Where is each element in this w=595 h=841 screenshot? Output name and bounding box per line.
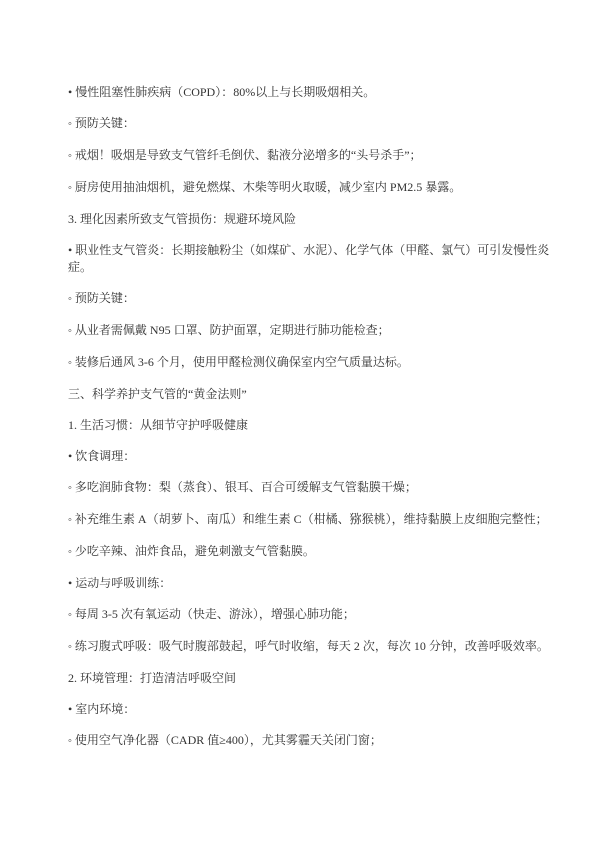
paragraph-text: 室内环境： — [75, 702, 135, 716]
sub-bullet-icon: ◦ — [68, 735, 72, 747]
bullet-icon: • — [68, 449, 72, 463]
list-item: • 慢性阻塞性肺疾病（COPD）：80%以上与长期吸烟相关。 — [68, 84, 559, 101]
section-heading: 三、科学养护支气管的“黄金法则” — [68, 386, 559, 403]
list-item: • 职业性支气管炎：长期接触粉尘（如煤矿、水泥）、化学气体（甲醛、氯气）可引发慢… — [68, 242, 559, 276]
list-item: ◦ 少吃辛辣、油炸食品，避免刺激支气管黏膜。 — [68, 543, 559, 561]
list-item: • 运动与呼吸训练： — [68, 575, 559, 592]
sub-bullet-icon: ◦ — [68, 641, 72, 653]
list-item: ◦ 每周 3-5 次有氧运动（快走、游泳），增强心肺功能； — [68, 606, 559, 624]
paragraph-text: 装修后通风 3-6 个月，使用甲醛检测仪确保室内空气质量达标。 — [75, 355, 409, 369]
sub-bullet-icon: ◦ — [68, 293, 72, 305]
list-item: ◦ 练习腹式呼吸：吸气时腹部鼓起，呼气时收缩，每天 2 次，每次 10 分钟，改… — [68, 638, 559, 656]
bullet-icon: • — [68, 702, 72, 716]
bullet-icon: • — [68, 243, 72, 257]
sub-bullet-icon: ◦ — [68, 150, 72, 162]
list-item: ◦ 多吃润肺食物：梨（蒸食）、银耳、百合可缓解支气管黏膜干燥； — [68, 479, 559, 497]
number-label: 3. — [68, 212, 77, 226]
list-item: • 室内环境： — [68, 701, 559, 718]
paragraph-text: 预防关键： — [75, 291, 135, 305]
list-item: ◦ 预防关键： — [68, 290, 559, 308]
list-item: ◦ 使用空气净化器（CADR 值≥400），尤其雾霾天关闭门窗； — [68, 732, 559, 750]
paragraph-text: 少吃辛辣、油炸食品，避免刺激支气管黏膜。 — [75, 544, 315, 558]
sub-bullet-icon: ◦ — [68, 609, 72, 621]
paragraph-text: 饮食调理： — [75, 449, 135, 463]
sub-bullet-icon: ◦ — [68, 325, 72, 337]
paragraph-text: 慢性阻塞性肺疾病（COPD）：80%以上与长期吸烟相关。 — [75, 85, 375, 99]
bullet-icon: • — [68, 85, 72, 99]
sub-bullet-icon: ◦ — [68, 118, 72, 130]
number-label: 1. — [68, 418, 77, 432]
paragraph-text: 戒烟！吸烟是导致支气管纤毛倒伏、黏液分泌增多的“头号杀手”； — [75, 148, 422, 162]
sub-bullet-icon: ◦ — [68, 514, 72, 526]
paragraph-text: 从业者需佩戴 N95 口罩、防护面罩，定期进行肺功能检查； — [75, 323, 390, 337]
sub-bullet-icon: ◦ — [68, 482, 72, 494]
paragraph-text: 生活习惯：从细节守护呼吸健康 — [80, 418, 248, 432]
list-item: ◦ 戒烟！吸烟是导致支气管纤毛倒伏、黏液分泌增多的“头号杀手”； — [68, 147, 559, 165]
paragraph-text: 职业性支气管炎：长期接触粉尘（如煤矿、水泥）、化学气体（甲醛、氯气）可引发慢性炎… — [68, 243, 549, 274]
paragraph-text: 三、科学养护支气管的“黄金法则” — [68, 387, 247, 401]
sub-bullet-icon: ◦ — [68, 357, 72, 369]
list-item: 2. 环境管理：打造清洁呼吸空间 — [68, 670, 559, 687]
list-item: ◦ 厨房使用抽油烟机，避免燃煤、木柴等明火取暖，减少室内 PM2.5 暴露。 — [68, 179, 559, 197]
paragraph-text: 厨房使用抽油烟机，避免燃煤、木柴等明火取暖，减少室内 PM2.5 暴露。 — [75, 180, 461, 194]
paragraph-text: 使用空气净化器（CADR 值≥400），尤其雾霾天关闭门窗； — [75, 733, 382, 747]
list-item: 3. 理化因素所致支气管损伤：规避环境风险 — [68, 211, 559, 228]
paragraph-text: 预防关键： — [75, 116, 135, 130]
paragraph-text: 理化因素所致支气管损伤：规避环境风险 — [80, 212, 296, 226]
paragraph-text: 环境管理：打造清洁呼吸空间 — [80, 671, 236, 685]
document-content: • 慢性阻塞性肺疾病（COPD）：80%以上与长期吸烟相关。◦ 预防关键：◦ 戒… — [0, 0, 595, 750]
bullet-icon: • — [68, 576, 72, 590]
sub-bullet-icon: ◦ — [68, 546, 72, 558]
number-label: 2. — [68, 671, 77, 685]
paragraph-text: 多吃润肺食物：梨（蒸食）、银耳、百合可缓解支气管黏膜干燥； — [75, 480, 417, 494]
list-item: ◦ 补充维生素 A（胡萝卜、南瓜）和维生素 C（柑橘、猕猴桃），维持黏膜上皮细胞… — [68, 511, 559, 529]
sub-bullet-icon: ◦ — [68, 182, 72, 194]
paragraph-text: 每周 3-5 次有氧运动（快走、游泳），增强心肺功能； — [75, 607, 355, 621]
list-item: ◦ 从业者需佩戴 N95 口罩、防护面罩，定期进行肺功能检查； — [68, 322, 559, 340]
list-item: ◦ 装修后通风 3-6 个月，使用甲醛检测仪确保室内空气质量达标。 — [68, 354, 559, 372]
list-item: • 饮食调理： — [68, 448, 559, 465]
document-page: • 慢性阻塞性肺疾病（COPD）：80%以上与长期吸烟相关。◦ 预防关键：◦ 戒… — [0, 0, 595, 841]
list-item: 1. 生活习惯：从细节守护呼吸健康 — [68, 417, 559, 434]
list-item: ◦ 预防关键： — [68, 115, 559, 133]
paragraph-text: 运动与呼吸训练： — [75, 576, 171, 590]
paragraph-text: 练习腹式呼吸：吸气时腹部鼓起，呼气时收缩，每天 2 次，每次 10 分钟，改善呼… — [75, 639, 549, 653]
paragraph-text: 补充维生素 A（胡萝卜、南瓜）和维生素 C（柑橘、猕猴桃），维持黏膜上皮细胞完整… — [75, 512, 548, 526]
